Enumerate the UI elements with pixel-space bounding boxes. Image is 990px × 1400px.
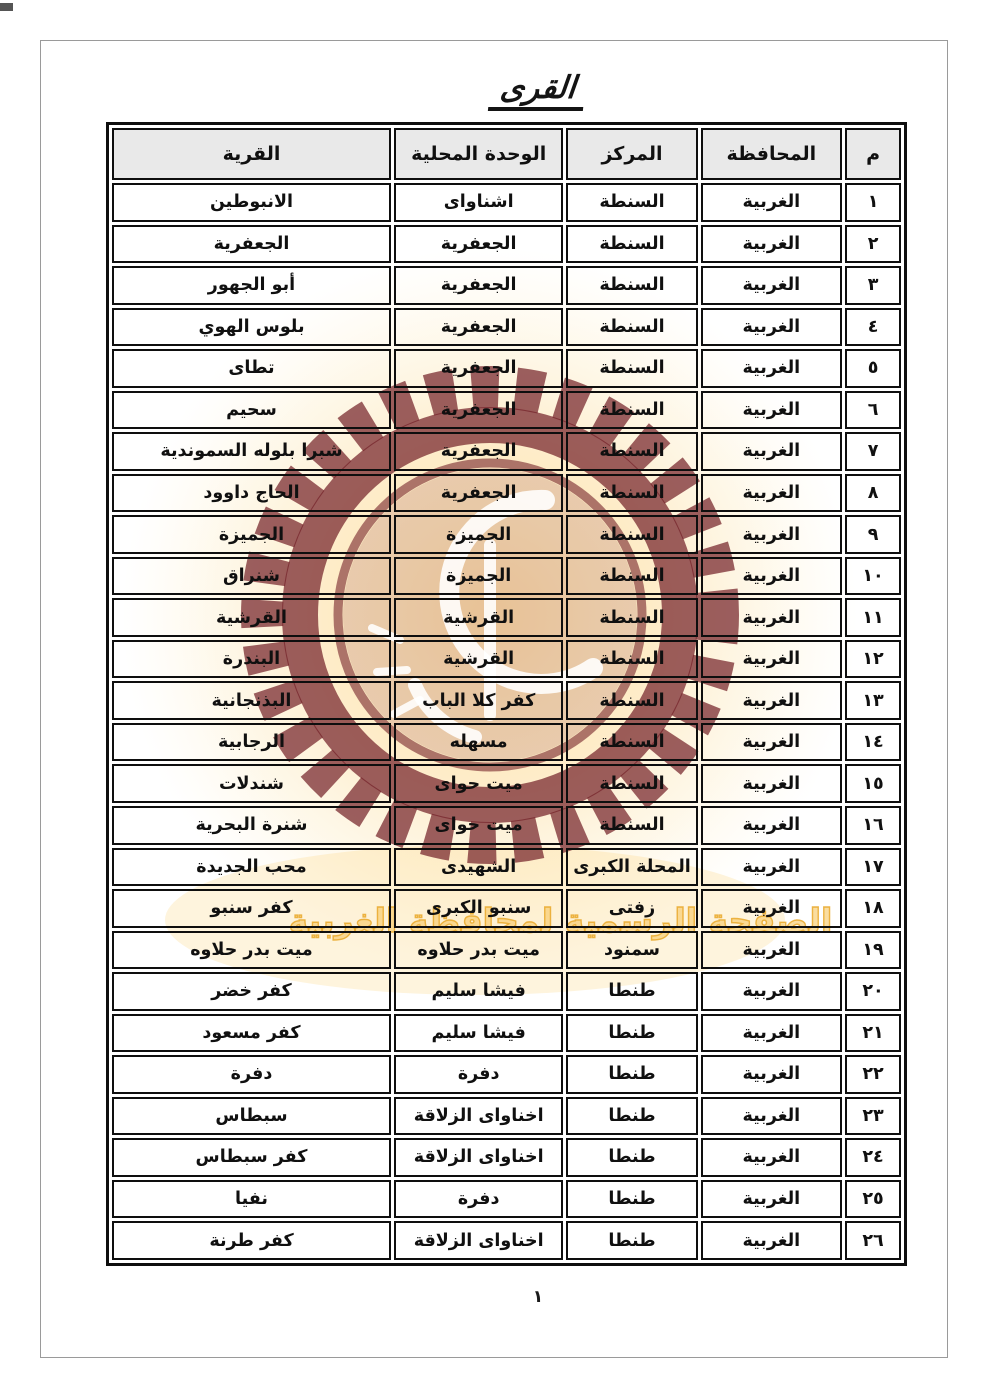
cell-village: محب الجديدة bbox=[112, 848, 391, 887]
cell-markaz: سمنود bbox=[566, 931, 697, 970]
villages-table-container: م المحافظة المركز الوحدة المحلية القرية … bbox=[106, 122, 907, 1266]
cell-village: أبو الجهور bbox=[112, 266, 391, 305]
cell-markaz: طنطا bbox=[566, 1180, 697, 1219]
cell-local-unit: اشناواى bbox=[394, 183, 563, 222]
cell-governorate: الغربية bbox=[701, 515, 842, 554]
cell-local-unit: القرشية bbox=[394, 598, 563, 637]
cell-governorate: الغربية bbox=[701, 806, 842, 845]
cell-number: ١٥ bbox=[845, 764, 901, 803]
cell-number: ٩ bbox=[845, 515, 901, 554]
cell-local-unit: فيشا سليم bbox=[394, 972, 563, 1011]
cell-markaz: السنطة bbox=[566, 225, 697, 264]
header-local-unit: الوحدة المحلية bbox=[394, 128, 563, 180]
table-row: ١٧الغربيةالمحلة الكبرىالشهيدىمحب الجديدة bbox=[112, 848, 901, 887]
cell-village: الحاج داوود bbox=[112, 474, 391, 513]
cell-village: الجميزة bbox=[112, 515, 391, 554]
page-number: ١ bbox=[108, 1287, 968, 1307]
cell-governorate: الغربية bbox=[701, 681, 842, 720]
cell-local-unit: الجعفرية bbox=[394, 349, 563, 388]
cell-village: سحيم bbox=[112, 391, 391, 430]
header-row: م المحافظة المركز الوحدة المحلية القرية bbox=[112, 128, 901, 180]
scan-artifact bbox=[0, 3, 13, 11]
cell-markaz: طنطا bbox=[566, 972, 697, 1011]
cell-village: كفر سبطاس bbox=[112, 1138, 391, 1177]
table-row: ٢٤الغربيةطنطااخناواى الزلاقةكفر سبطاس bbox=[112, 1138, 901, 1177]
table-row: ٩الغربيةالسنطةالجميزةالجميزة bbox=[112, 515, 901, 554]
cell-markaz: السنطة bbox=[566, 349, 697, 388]
cell-local-unit: اخناواى الزلاقة bbox=[394, 1097, 563, 1136]
table-row: ١٣الغربيةالسنطةكفر كلا البابالبذنجانية bbox=[112, 681, 901, 720]
cell-local-unit: الجميزة bbox=[394, 557, 563, 596]
table-row: ٢١الغربيةطنطافيشا سليمكفر مسعود bbox=[112, 1014, 901, 1053]
cell-number: ١١ bbox=[845, 598, 901, 637]
cell-local-unit: ميت حواى bbox=[394, 764, 563, 803]
cell-markaz: السنطة bbox=[566, 806, 697, 845]
cell-markaz: طنطا bbox=[566, 1138, 697, 1177]
cell-governorate: الغربية bbox=[701, 889, 842, 928]
table-row: ٧الغربيةالسنطةالجعفريةشبرا بلوله السموند… bbox=[112, 432, 901, 471]
cell-local-unit: اخناواى الزلاقة bbox=[394, 1221, 563, 1260]
cell-local-unit: الجعفرية bbox=[394, 474, 563, 513]
table-row: ١٩الغربيةسمنودميت بدر حلاوهميت بدر حلاوه bbox=[112, 931, 901, 970]
cell-village: الجعفرية bbox=[112, 225, 391, 264]
table-row: ٢٢الغربيةطنطادفرةدفرة bbox=[112, 1055, 901, 1094]
cell-number: ١٠ bbox=[845, 557, 901, 596]
cell-markaz: السنطة bbox=[566, 266, 697, 305]
cell-governorate: الغربية bbox=[701, 474, 842, 513]
cell-markaz: طنطا bbox=[566, 1097, 697, 1136]
cell-governorate: الغربية bbox=[701, 349, 842, 388]
cell-village: سبطاس bbox=[112, 1097, 391, 1136]
cell-local-unit: دفرة bbox=[394, 1180, 563, 1219]
cell-village: دفرة bbox=[112, 1055, 391, 1094]
cell-markaz: السنطة bbox=[566, 557, 697, 596]
header-number: م bbox=[845, 128, 901, 180]
table-row: ٢٣الغربيةطنطااخناواى الزلاقةسبطاس bbox=[112, 1097, 901, 1136]
cell-markaz: السنطة bbox=[566, 640, 697, 679]
cell-village: شبرا بلوله السموندية bbox=[112, 432, 391, 471]
cell-number: ٢٤ bbox=[845, 1138, 901, 1177]
cell-number: ١٢ bbox=[845, 640, 901, 679]
cell-local-unit: القرشية bbox=[394, 640, 563, 679]
cell-village: نفيا bbox=[112, 1180, 391, 1219]
cell-local-unit: الجعفرية bbox=[394, 432, 563, 471]
cell-number: ٢٢ bbox=[845, 1055, 901, 1094]
cell-markaz: السنطة bbox=[566, 391, 697, 430]
cell-village: البندرة bbox=[112, 640, 391, 679]
table-row: ٤الغربيةالسنطةالجعفريةبلوس الهوي bbox=[112, 308, 901, 347]
cell-governorate: الغربية bbox=[701, 640, 842, 679]
cell-village: الرجابية bbox=[112, 723, 391, 762]
cell-number: ٢ bbox=[845, 225, 901, 264]
table-row: ٨الغربيةالسنطةالجعفريةالحاج داوود bbox=[112, 474, 901, 513]
cell-governorate: الغربية bbox=[701, 723, 842, 762]
cell-number: ٦ bbox=[845, 391, 901, 430]
cell-markaz: طنطا bbox=[566, 1014, 697, 1053]
cell-governorate: الغربية bbox=[701, 1138, 842, 1177]
table-row: ١٠الغربيةالسنطةالجميزةشنراق bbox=[112, 557, 901, 596]
cell-village: القرشية bbox=[112, 598, 391, 637]
villages-table: م المحافظة المركز الوحدة المحلية القرية … bbox=[106, 122, 907, 1266]
cell-village: كفر سنبو bbox=[112, 889, 391, 928]
cell-markaz: السنطة bbox=[566, 515, 697, 554]
cell-village: شنرة البحرية bbox=[112, 806, 391, 845]
table-row: ٢الغربيةالسنطةالجعفريةالجعفرية bbox=[112, 225, 901, 264]
cell-local-unit: الجعفرية bbox=[394, 225, 563, 264]
table-row: ١٨الغربيةزفتىسنبو الكبرىكفر سنبو bbox=[112, 889, 901, 928]
cell-number: ١٨ bbox=[845, 889, 901, 928]
table-row: ٢٥الغربيةطنطادفرةنفيا bbox=[112, 1180, 901, 1219]
cell-number: ١٣ bbox=[845, 681, 901, 720]
table-row: ١٥الغربيةالسنطةميت حواىشندلات bbox=[112, 764, 901, 803]
cell-markaz: السنطة bbox=[566, 681, 697, 720]
table-row: ١١الغربيةالسنطةالقرشيةالقرشية bbox=[112, 598, 901, 637]
cell-local-unit: الجعفرية bbox=[394, 266, 563, 305]
cell-markaz: زفتى bbox=[566, 889, 697, 928]
cell-local-unit: سنبو الكبرى bbox=[394, 889, 563, 928]
table-row: ٥الغربيةالسنطةالجعفريةتطاى bbox=[112, 349, 901, 388]
cell-local-unit: الشهيدى bbox=[394, 848, 563, 887]
cell-village: البذنجانية bbox=[112, 681, 391, 720]
table-row: ٦الغربيةالسنطةالجعفريةسحيم bbox=[112, 391, 901, 430]
cell-local-unit: فيشا سليم bbox=[394, 1014, 563, 1053]
cell-number: ٢٦ bbox=[845, 1221, 901, 1260]
cell-village: شنراق bbox=[112, 557, 391, 596]
table-row: ٢٦الغربيةطنطااخناواى الزلاقةكفر طرنة bbox=[112, 1221, 901, 1260]
cell-number: ٥ bbox=[845, 349, 901, 388]
cell-village: بلوس الهوي bbox=[112, 308, 391, 347]
cell-number: ٣ bbox=[845, 266, 901, 305]
header-governorate: المحافظة bbox=[701, 128, 842, 180]
cell-governorate: الغربية bbox=[701, 1055, 842, 1094]
cell-number: ٨ bbox=[845, 474, 901, 513]
table-row: ١٦الغربيةالسنطةميت حواىشنرة البحرية bbox=[112, 806, 901, 845]
cell-village: كفر طرنة bbox=[112, 1221, 391, 1260]
header-village: القرية bbox=[112, 128, 391, 180]
cell-number: ١ bbox=[845, 183, 901, 222]
cell-governorate: الغربية bbox=[701, 266, 842, 305]
cell-governorate: الغربية bbox=[701, 183, 842, 222]
cell-local-unit: الجعفرية bbox=[394, 308, 563, 347]
cell-governorate: الغربية bbox=[701, 308, 842, 347]
cell-governorate: الغربية bbox=[701, 1014, 842, 1053]
cell-markaz: السنطة bbox=[566, 764, 697, 803]
cell-village: ميت بدر حلاوه bbox=[112, 931, 391, 970]
cell-governorate: الغربية bbox=[701, 557, 842, 596]
cell-markaz: السنطة bbox=[566, 474, 697, 513]
table-header: م المحافظة المركز الوحدة المحلية القرية bbox=[112, 128, 901, 180]
cell-number: ٢١ bbox=[845, 1014, 901, 1053]
cell-local-unit: اخناواى الزلاقة bbox=[394, 1138, 563, 1177]
cell-number: ١٤ bbox=[845, 723, 901, 762]
table-row: ١٢الغربيةالسنطةالقرشيةالبندرة bbox=[112, 640, 901, 679]
cell-number: ٢٣ bbox=[845, 1097, 901, 1136]
cell-local-unit: الجعفرية bbox=[394, 391, 563, 430]
cell-village: تطاى bbox=[112, 349, 391, 388]
cell-governorate: الغربية bbox=[701, 1097, 842, 1136]
scanned-document-page: { "page": { "title": "القرى", "page_numb… bbox=[0, 0, 990, 1400]
cell-markaz: طنطا bbox=[566, 1055, 697, 1094]
page-title: القرى bbox=[488, 70, 587, 111]
cell-number: ٤ bbox=[845, 308, 901, 347]
cell-governorate: الغربية bbox=[701, 598, 842, 637]
cell-village: شندلات bbox=[112, 764, 391, 803]
table-row: ١الغربيةالسنطةاشناواىالانبوطين bbox=[112, 183, 901, 222]
cell-number: ١٦ bbox=[845, 806, 901, 845]
cell-local-unit: ميت حواى bbox=[394, 806, 563, 845]
cell-number: ١٩ bbox=[845, 931, 901, 970]
table-body: ١الغربيةالسنطةاشناواىالانبوطين٢الغربيةال… bbox=[112, 183, 901, 1260]
cell-governorate: الغربية bbox=[701, 931, 842, 970]
table-row: ٣الغربيةالسنطةالجعفريةأبو الجهور bbox=[112, 266, 901, 305]
cell-local-unit: مسهله bbox=[394, 723, 563, 762]
cell-local-unit: ميت بدر حلاوه bbox=[394, 931, 563, 970]
cell-local-unit: دفرة bbox=[394, 1055, 563, 1094]
table-row: ١٤الغربيةالسنطةمسهلهالرجابية bbox=[112, 723, 901, 762]
header-markaz: المركز bbox=[566, 128, 697, 180]
cell-governorate: الغربية bbox=[701, 848, 842, 887]
cell-markaz: السنطة bbox=[566, 308, 697, 347]
cell-local-unit: كفر كلا الباب bbox=[394, 681, 563, 720]
cell-village: كفر مسعود bbox=[112, 1014, 391, 1053]
cell-local-unit: الجميزة bbox=[394, 515, 563, 554]
cell-governorate: الغربية bbox=[701, 1180, 842, 1219]
cell-governorate: الغربية bbox=[701, 764, 842, 803]
cell-governorate: الغربية bbox=[701, 391, 842, 430]
cell-markaz: المحلة الكبرى bbox=[566, 848, 697, 887]
cell-markaz: السنطة bbox=[566, 432, 697, 471]
cell-village: الانبوطين bbox=[112, 183, 391, 222]
cell-number: ٢٥ bbox=[845, 1180, 901, 1219]
cell-markaz: السنطة bbox=[566, 723, 697, 762]
cell-governorate: الغربية bbox=[701, 432, 842, 471]
cell-number: ٧ bbox=[845, 432, 901, 471]
cell-markaz: السنطة bbox=[566, 183, 697, 222]
cell-markaz: طنطا bbox=[566, 1221, 697, 1260]
table-row: ٢٠الغربيةطنطافيشا سليمكفر خضر bbox=[112, 972, 901, 1011]
cell-number: ٢٠ bbox=[845, 972, 901, 1011]
cell-governorate: الغربية bbox=[701, 225, 842, 264]
cell-markaz: السنطة bbox=[566, 598, 697, 637]
cell-governorate: الغربية bbox=[701, 972, 842, 1011]
cell-governorate: الغربية bbox=[701, 1221, 842, 1260]
cell-village: كفر خضر bbox=[112, 972, 391, 1011]
cell-number: ١٧ bbox=[845, 848, 901, 887]
